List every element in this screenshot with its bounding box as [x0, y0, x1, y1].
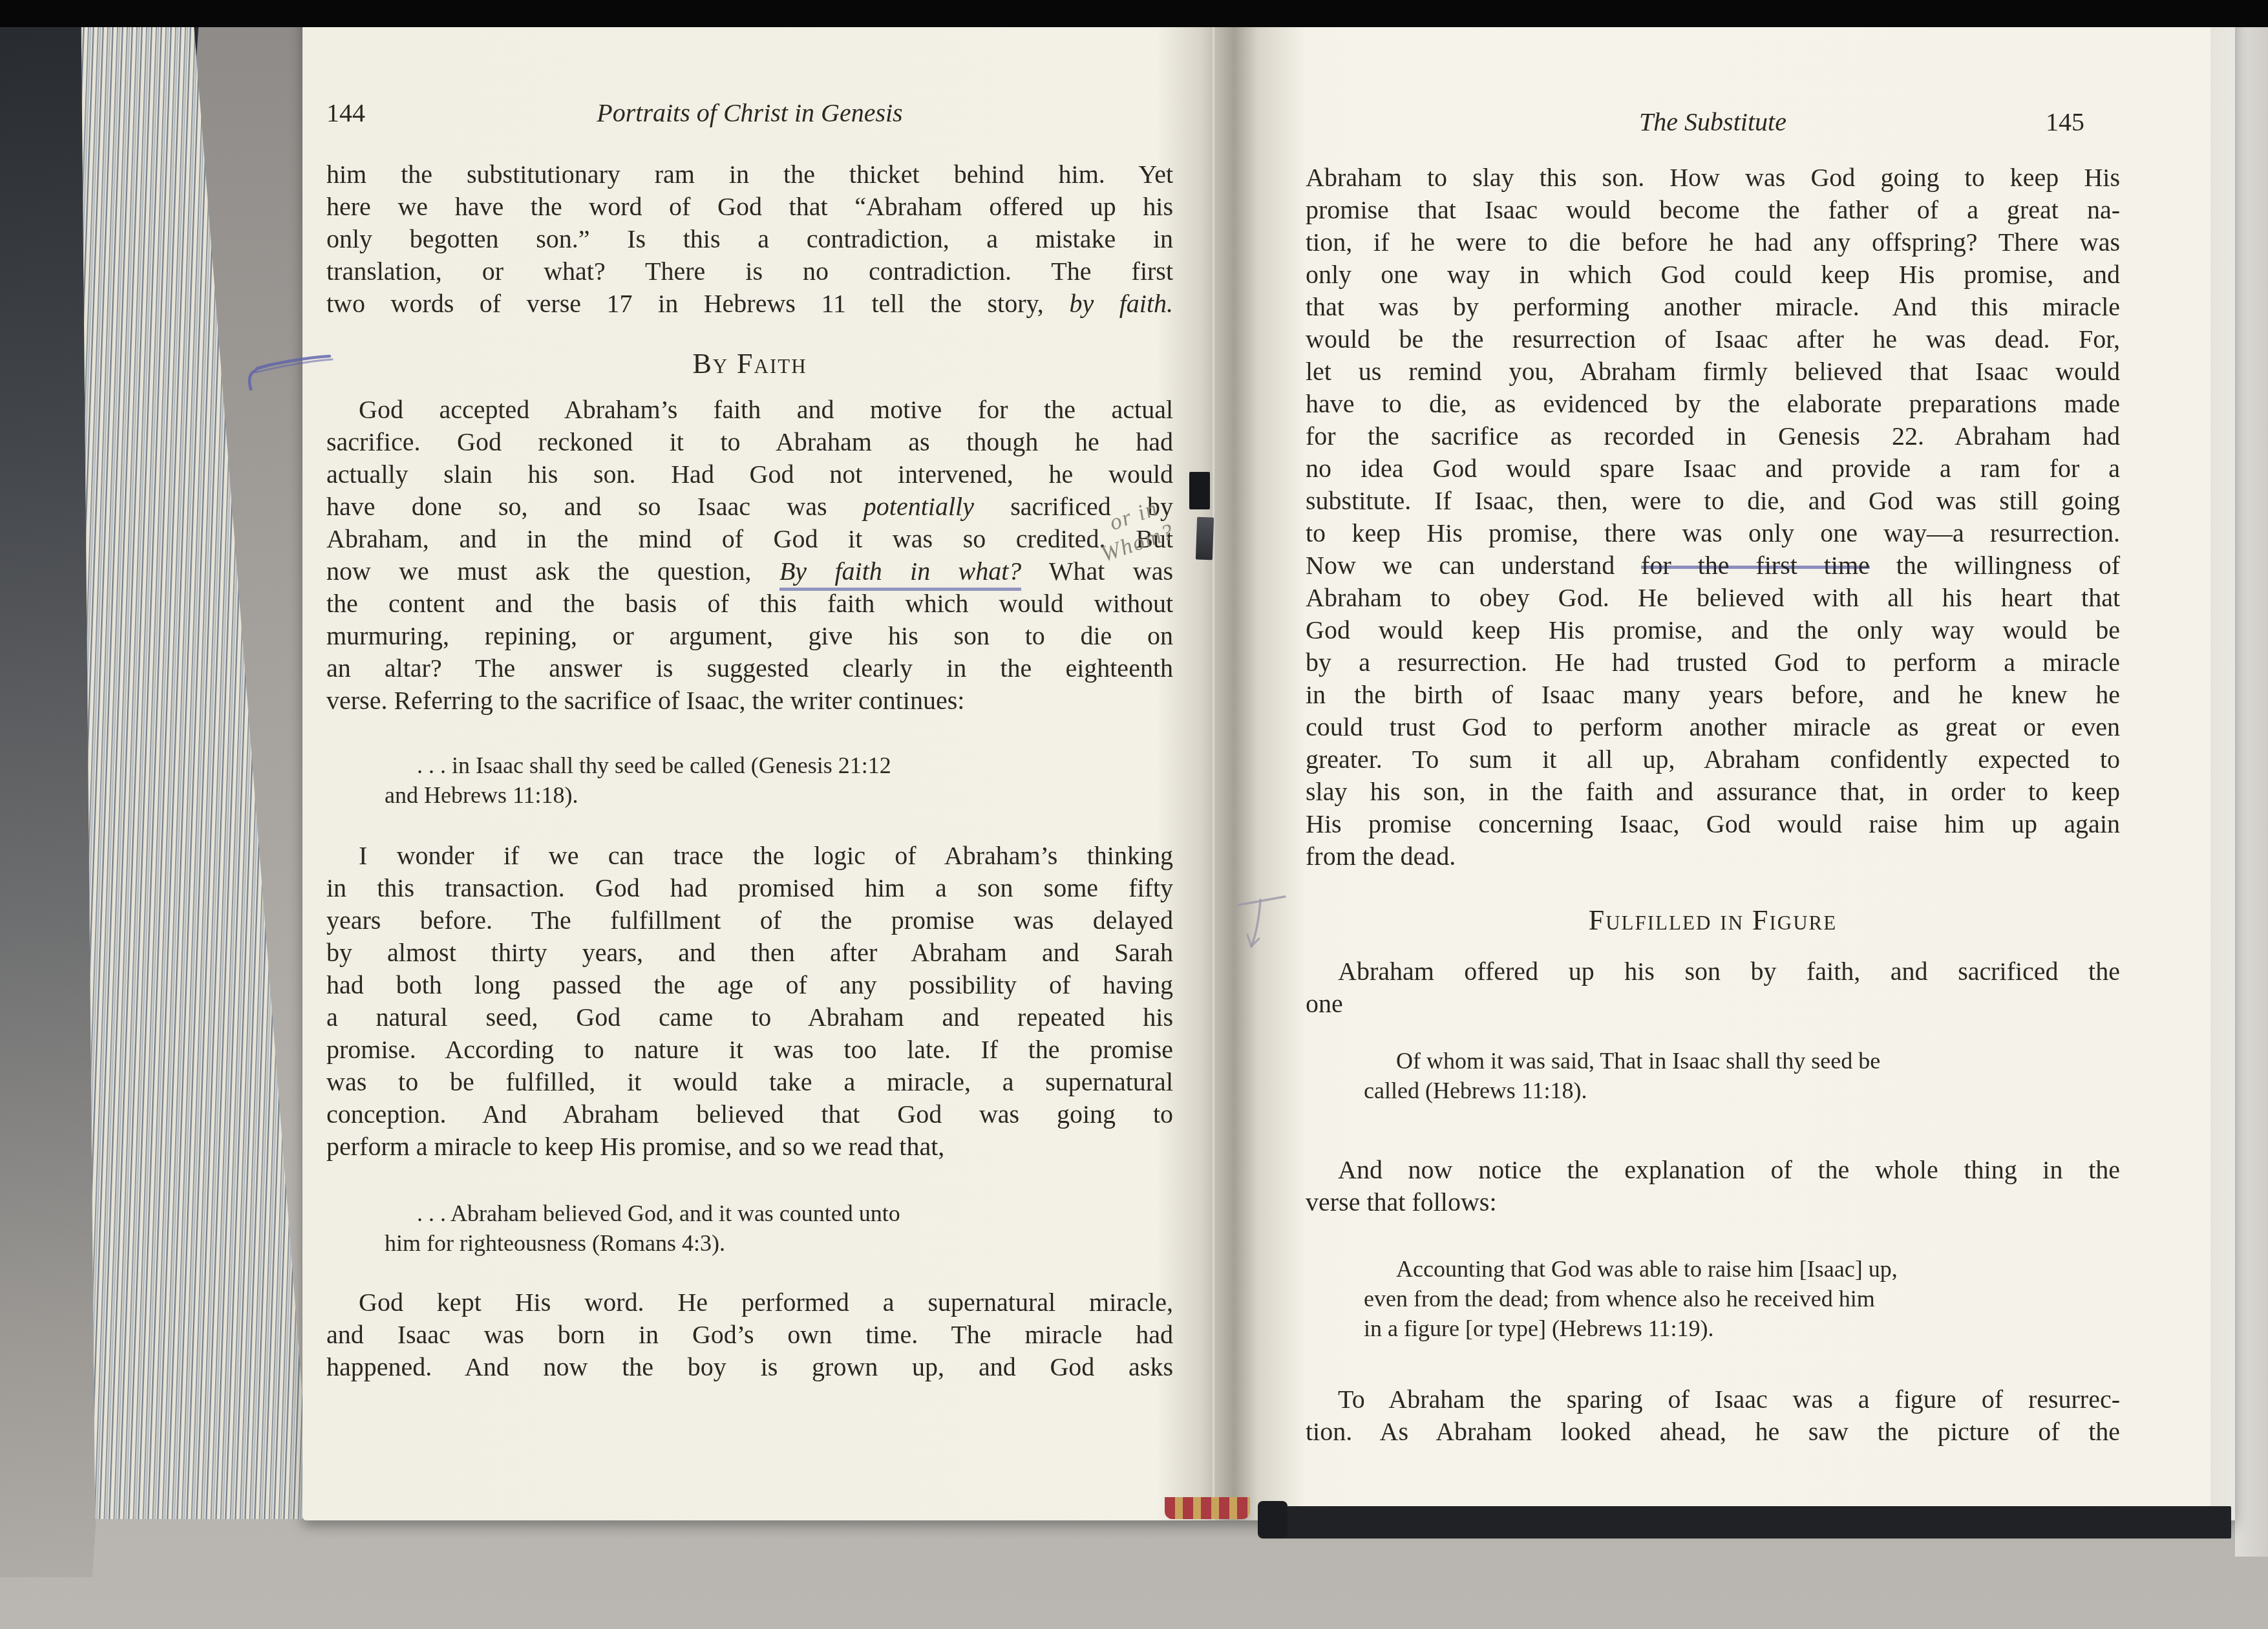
text-line: greater. To sum it all up, Abraham confi…: [1306, 743, 2120, 776]
text-line: translation, or what? There is no contra…: [326, 255, 1173, 288]
left-page-header: 144 Portraits of Christ in Genesis: [326, 97, 1173, 129]
text-line: and Isaac was born in God’s own time. Th…: [326, 1319, 1173, 1351]
block-quote: . . . in Isaac shall thy seed be called …: [385, 751, 1063, 810]
quote-line: called (Hebrews 11:18).: [1364, 1076, 2042, 1105]
pen-scribble-mark: [244, 349, 341, 401]
text-line: substitute. If Isaac, then, were to die,…: [1306, 485, 2120, 517]
block-quote: Accounting that God was able to raise hi…: [1364, 1254, 2042, 1343]
text-segment: the willingness of: [1870, 551, 2120, 580]
text-segment: two words of verse 17 in Hebrews 11 tell…: [326, 289, 1069, 318]
paragraph: Abraham to slay this son. How was God go…: [1306, 162, 2120, 873]
text-line: have to die, as evidenced by the elabora…: [1306, 388, 2120, 420]
scanner-top-edge: [0, 0, 2268, 27]
text-segment: What was: [1021, 557, 1173, 586]
text-line: verse that follows:: [1306, 1186, 2120, 1219]
page-edge-stack: [76, 0, 312, 1519]
text-line: that was by performing another miracle. …: [1306, 291, 2120, 323]
paragraph: And now notice the explanation of the wh…: [1306, 1154, 2120, 1219]
text-line: to keep His promise, there was only one …: [1306, 517, 2120, 549]
quote-line: Accounting that God was able to raise hi…: [1364, 1254, 2042, 1284]
text-line: in the birth of Isaac many years before,…: [1306, 679, 2120, 711]
text-line: conception. And Abraham believed that Go…: [326, 1098, 1173, 1131]
italic-phrase: by faith.: [1069, 289, 1173, 318]
paragraph: God accepted Abraham’s faith and motive …: [326, 394, 1173, 717]
paragraph: To Abraham the sparing of Isaac was a fi…: [1306, 1383, 2120, 1448]
right-page-edge: [2210, 9, 2235, 1520]
quote-line: and Hebrews 11:18).: [385, 780, 1063, 810]
text-line: was to be fulfilled, it would take a mir…: [326, 1066, 1173, 1098]
text-line: Abraham to obey God. He believed with al…: [1306, 582, 2120, 614]
section-heading: Fulfilled in Figure: [1306, 904, 2120, 937]
text-line: could trust God to perform another mirac…: [1306, 711, 2120, 743]
gutter-fold-line: [1213, 9, 1214, 1520]
quote-line: even from the dead; from whence also he …: [1364, 1284, 2042, 1314]
text-line: one: [1306, 988, 2120, 1020]
text-line: for the sacrifice as recorded in Genesis…: [1306, 420, 2120, 452]
text-line: no idea God would spare Isaac and provid…: [1306, 452, 2120, 485]
text-line: murmuring, repining, or argument, give h…: [326, 620, 1173, 652]
text-line: tion. As Abraham looked ahead, he saw th…: [1306, 1416, 2120, 1448]
text-line: a natural seed, God came to Abraham and …: [326, 1001, 1173, 1034]
running-head: Portraits of Christ in Genesis: [326, 97, 1173, 129]
text-line: tion, if he were to die before he had an…: [1306, 226, 2120, 259]
paragraph: him the substitutionary ram in the thick…: [326, 158, 1173, 320]
text-line: two words of verse 17 in Hebrews 11 tell…: [326, 288, 1173, 320]
text-line: Abraham offered up his son by faith, and…: [1306, 955, 2120, 988]
text-line: verse. Referring to the sacrifice of Isa…: [326, 685, 1173, 717]
right-page-header: The Substitute 145: [1306, 106, 2120, 138]
text-line: His promise concerning Isaac, God would …: [1306, 808, 2120, 840]
text-line: promise. According to nature it was too …: [326, 1034, 1173, 1066]
text-segment: Now we can understand: [1306, 551, 1641, 580]
text-line: Now we can understand for the first time…: [1306, 549, 2120, 582]
text-line: an altar? The answer is suggested clearl…: [326, 652, 1173, 685]
paragraph: I wonder if we can trace the logic of Ab…: [326, 840, 1173, 1163]
left-page: 144 Portraits of Christ in Genesis him t…: [326, 9, 1173, 1383]
text-segment: have done so, and so Isaac was: [326, 492, 864, 521]
struck-phrase: for the first time: [1641, 551, 1870, 580]
text-line: sacrifice. God reckoned it to Abraham as…: [326, 426, 1173, 458]
open-book-spread: 144 Portraits of Christ in Genesis him t…: [302, 9, 2235, 1520]
text-line: only one way in which God could keep His…: [1306, 259, 2120, 291]
text-line: in this transaction. God had promised hi…: [326, 872, 1173, 904]
cover-corner: [1258, 1501, 1288, 1538]
text-line: let us remind you, Abraham firmly believ…: [1306, 356, 2120, 388]
quote-line: him for righteousness (Romans 4:3).: [385, 1228, 1063, 1258]
text-line: have done so, and so Isaac was potential…: [326, 491, 1173, 523]
text-line: by almost thirty years, and then after A…: [326, 937, 1173, 969]
text-line: him the substitutionary ram in the thick…: [326, 158, 1173, 191]
text-line: the content and the basis of this faith …: [326, 588, 1173, 620]
italic-phrase: potentially: [864, 492, 974, 521]
text-line: And now notice the explanation of the wh…: [1306, 1154, 2120, 1186]
running-head: The Substitute: [1306, 106, 2120, 138]
text-line: years before. The fulfillment of the pro…: [326, 904, 1173, 937]
section-heading: By Faith: [326, 347, 1173, 381]
text-line: God accepted Abraham’s faith and motive …: [326, 394, 1173, 426]
text-line: slay his son, in the faith and assurance…: [1306, 776, 2120, 808]
paragraph: God kept His word. He performed a supern…: [326, 1286, 1173, 1383]
text-line: I wonder if we can trace the logic of Ab…: [326, 840, 1173, 872]
text-line: God would keep His promise, and the only…: [1306, 614, 2120, 646]
right-page-fore-edge: [2235, 5, 2268, 1557]
gutter-shadow: [1157, 9, 1306, 1520]
block-quote: . . . Abraham believed God, and it was c…: [385, 1198, 1063, 1258]
book-cover-bottom-edge: [1262, 1506, 2231, 1538]
text-line: God kept His word. He performed a supern…: [326, 1286, 1173, 1319]
quote-line: in a figure [or type] (Hebrews 11:19).: [1364, 1314, 2042, 1343]
text-line: To Abraham the sparing of Isaac was a fi…: [1306, 1383, 2120, 1416]
spine-tape-mark: [1189, 472, 1210, 509]
paragraph: Abraham offered up his son by faith, and…: [1306, 955, 2120, 1020]
text-line: now we must ask the question, By faith i…: [326, 555, 1173, 588]
spine-tape-mark: [1196, 517, 1214, 560]
pencil-t-mark: [1233, 886, 1295, 960]
right-page: The Substitute 145 Abraham to slay this …: [1306, 9, 2120, 1448]
quote-line: Of whom it was said, That in Isaac shall…: [1364, 1046, 2042, 1076]
text-line: Abraham to slay this son. How was God go…: [1306, 162, 2120, 194]
page-number: 145: [2046, 106, 2084, 138]
page-number: 144: [326, 97, 365, 129]
text-line: Abraham, and in the mind of God it was s…: [326, 523, 1173, 555]
text-line: actually slain his son. Had God not inte…: [326, 458, 1173, 491]
text-line: perform a miracle to keep His promise, a…: [326, 1131, 1173, 1163]
text-line: here we have the word of God that “Abrah…: [326, 191, 1173, 223]
text-line: happened. And now the boy is grown up, a…: [326, 1351, 1173, 1383]
spine-headband: [1165, 1497, 1250, 1519]
block-quote: Of whom it was said, That in Isaac shall…: [1364, 1046, 2042, 1105]
underlined-phrase: By faith in what?: [779, 557, 1021, 591]
text-line: by a resurrection. He had trusted God to…: [1306, 646, 2120, 679]
text-line: only begotten son.” Is this a contradict…: [326, 223, 1173, 255]
text-line: would be the resurrection of Isaac after…: [1306, 323, 2120, 356]
text-line: promise that Isaac would become the fath…: [1306, 194, 2120, 226]
quote-line: . . . in Isaac shall thy seed be called …: [385, 751, 1063, 780]
text-segment: now we must ask the question,: [326, 557, 779, 586]
quote-line: . . . Abraham believed God, and it was c…: [385, 1198, 1063, 1228]
text-line: from the dead.: [1306, 840, 2120, 873]
text-line: had both long passed the age of any poss…: [326, 969, 1173, 1001]
